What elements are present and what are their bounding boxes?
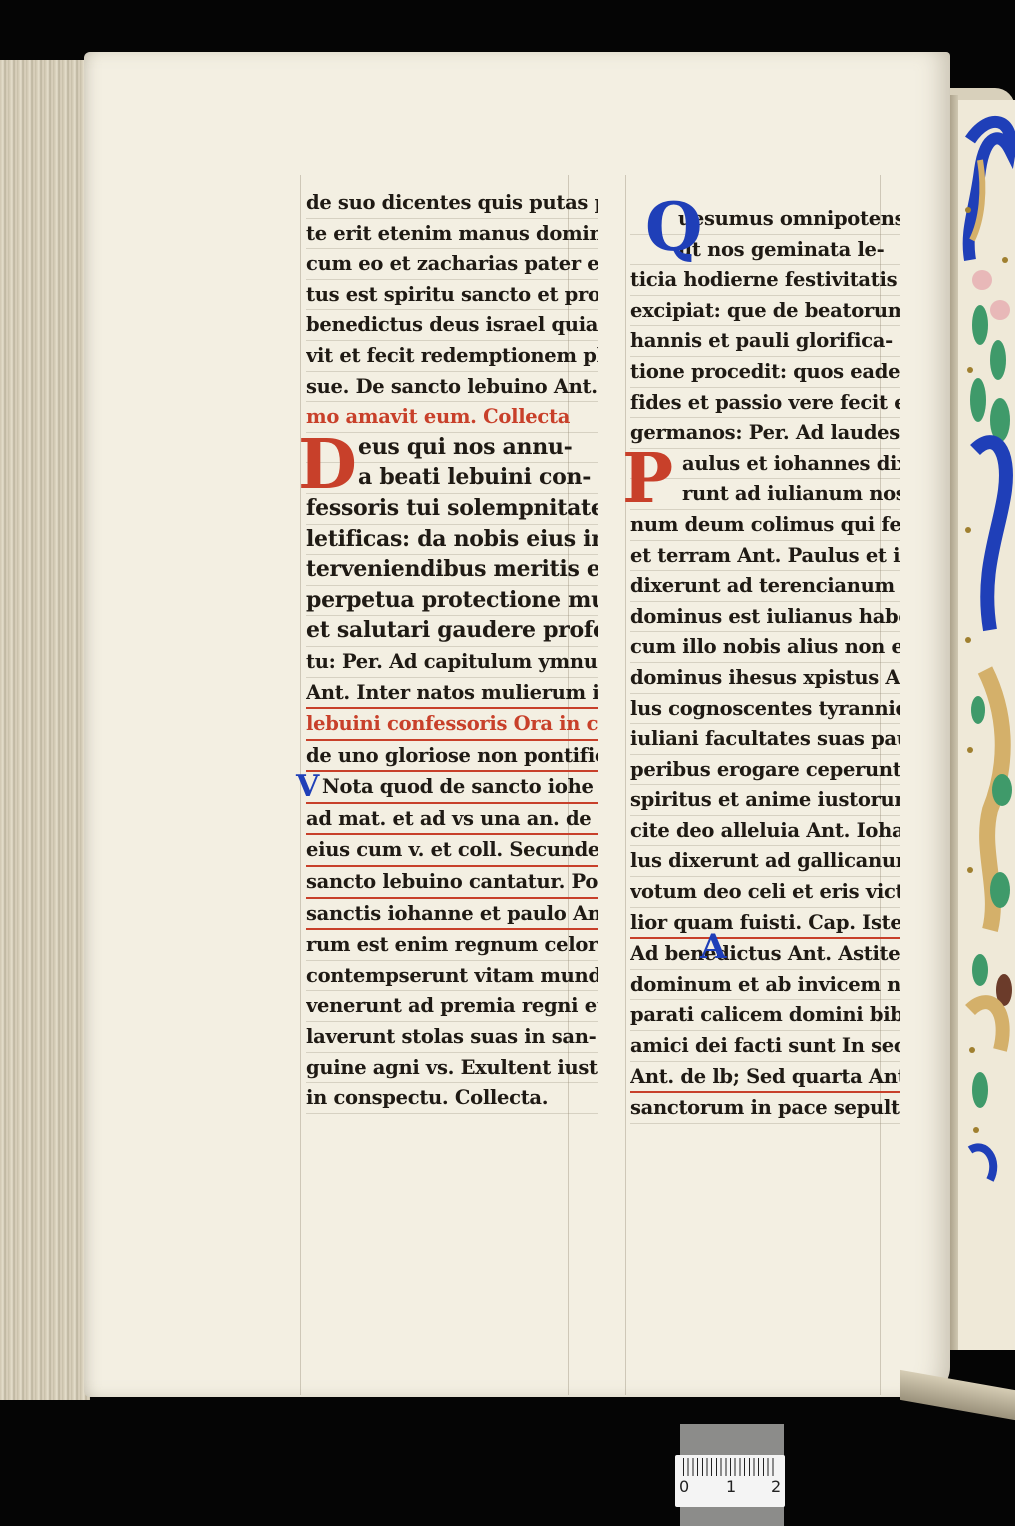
binding-bottom [900, 1370, 1015, 1420]
text-line: dominum et ab invicem non sunt se- [630, 970, 900, 1001]
text-line: eius cum v. et coll. Secunde vespe de [306, 835, 598, 867]
text-line: et terram Ant. Paulus et iohannes [630, 541, 900, 572]
text-line: cite deo alleluia Ant. Iohannes et pau- [630, 816, 900, 847]
rubric-line: lebuini confessoris Ora in com- [306, 709, 598, 741]
text-line: in conspectu. Collecta. [306, 1083, 598, 1114]
text-line: sanctis iohanne et paulo Ant. Isto- [306, 899, 598, 931]
text-line: peribus erogare ceperunt Ant. Per [630, 755, 900, 786]
illuminated-border [960, 110, 1015, 1200]
ruling-line [625, 175, 626, 1395]
text-line: tus est spiritu sancto et prophetavit di… [306, 280, 598, 311]
text-line: sancto lebuino cantatur. Postea de [306, 867, 598, 899]
text-line: tione procedit: quos eadem [630, 357, 900, 388]
text-line: benedictus deus israel quia visita- [306, 310, 598, 341]
text-line: venerunt ad premia regni et [306, 991, 598, 1022]
text-line: lior quam fuisti. Cap. Iste vir gl. [630, 908, 900, 940]
text-line: votum deo celi et eris victor me- [630, 877, 900, 908]
text-line: tu: Per. Ad capitulum ymnus O nimis [306, 647, 598, 678]
text-line: lus dixerunt ad gallicanum fac [630, 846, 900, 877]
text-line: et salutari gaudere profec- [306, 616, 598, 647]
text-line: fides et passio vere fecit esse [630, 388, 900, 419]
text-line: dominus ihesus xpistus Ant. Iohannes et … [630, 663, 900, 694]
text-line: spiritus et anime iustorum ymnum di- [630, 785, 900, 816]
text-line: rum est enim regnum celorum qui [306, 930, 598, 961]
ruler-label: 1 [726, 1477, 736, 1496]
text-line: dixerunt ad terencianum si tuus [630, 571, 900, 602]
text-line: te erit etenim manus domini erat [306, 219, 598, 250]
text-line: Ant. de lb; Sed quarta Ant. Corpora [630, 1062, 900, 1094]
right-column: uesumus omnipotens deus: ut nos geminata… [630, 204, 900, 1124]
text-line: cum eo et zacharias pater eius reple- [306, 249, 598, 280]
initial-v: V [296, 772, 319, 802]
initial-q: Q [645, 192, 703, 262]
text-line: hannis et pauli glorifica- [630, 326, 900, 357]
text-line: perpetua protectione muniri: [306, 586, 598, 617]
text-line: de uno gloriose non pontifice Coll. ut s… [306, 741, 598, 773]
text-line: dominus est iulianus habeto pacem [630, 602, 900, 633]
text-line: de suo dicentes quis putas puer is- [306, 188, 598, 219]
text-line: excipiat: que de beatorum io- [630, 296, 900, 327]
text-line: amici dei facti sunt In secundis vs. [630, 1031, 900, 1062]
initial-d: D [298, 430, 357, 500]
page-block-edges [0, 60, 90, 1400]
initial-p: P [622, 444, 673, 514]
text-line: sanctorum in pace sepulta sunt et [630, 1093, 900, 1124]
text-line: contempserunt vitam mundi et per- [306, 961, 598, 992]
text-line: parati calicem domini biberunt et [630, 1000, 900, 1031]
text-line: guine agni vs. Exultent iusti [306, 1053, 598, 1084]
text-line: lus cognoscentes tyrannidem [630, 694, 900, 725]
text-line: ad mat. et ad vs una an. de lb; [306, 804, 598, 836]
text-line: ticia hodierne festivitatis [630, 265, 900, 296]
left-column: de suo dicentes quis putas puer is- te e… [306, 188, 598, 1114]
scale-ruler: 0 1 2 [675, 1455, 785, 1507]
initial-a: A [700, 930, 726, 964]
text-line: Ant. Inter natos mulierum in laudibus [306, 678, 598, 710]
ruler-label: 0 [679, 1477, 689, 1496]
text-line: Nota quod de sancto iohe pro orationem d… [306, 772, 598, 804]
text-line: iuliani facultates suas pau- [630, 724, 900, 755]
text-line: Ad benedictus Ant. Astiterunt iusti ante [630, 939, 900, 970]
text-line: letificas: da nobis eius in- [306, 525, 598, 556]
text-line: laverunt stolas suas in san- [306, 1022, 598, 1053]
text-line: cum illo nobis alius non est nisi [630, 632, 900, 663]
text-line: sue. De sancto lebuino Ant. Iste ho- [306, 372, 598, 403]
ruler-label: 2 [771, 1477, 781, 1496]
text-line: vit et fecit redemptionem plebis [306, 341, 598, 372]
text-line: terveniendibus meritis et [306, 555, 598, 586]
ruler-ticks [683, 1458, 777, 1476]
